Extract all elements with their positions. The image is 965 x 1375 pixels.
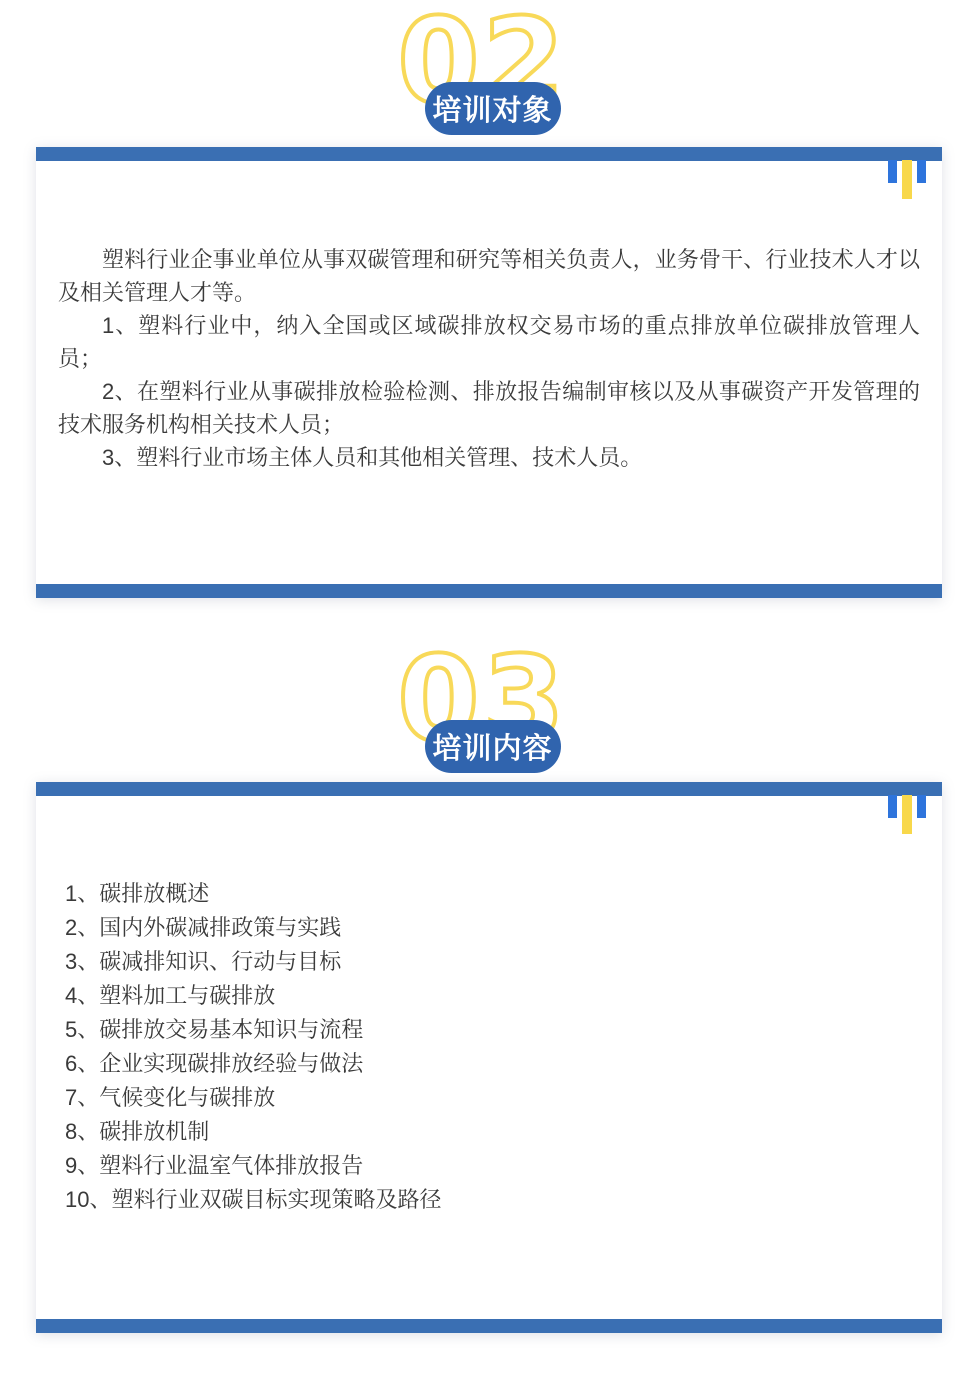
list-item: 1、碳排放概述: [65, 877, 915, 911]
accent-bar-blue: [888, 795, 897, 818]
list-item: 4、塑料加工与碳排放: [65, 979, 915, 1013]
list-item: 10、塑料行业双碳目标实现策略及路径: [65, 1183, 915, 1217]
card-body-paragraphs: 塑料行业企事业单位从事双碳管理和研究等相关负责人，业务骨干、行业技术人才以及相关…: [58, 243, 920, 474]
card-top-bar: [36, 147, 942, 161]
list-item: 3、碳减排知识、行动与目标: [65, 945, 915, 979]
paragraph-item-2: 2、在塑料行业从事碳排放检验检测、排放报告编制审核以及从事碳资产开发管理的技术服…: [58, 375, 920, 441]
list-item: 8、碳排放机制: [65, 1115, 915, 1149]
accent-bar-blue: [917, 795, 926, 818]
card-training-content: 1、碳排放概述 2、国内外碳减排政策与实践 3、碳减排知识、行动与目标 4、塑料…: [36, 782, 942, 1333]
paragraph-item-3: 3、塑料行业市场主体人员和其他相关管理、技术人员。: [58, 441, 920, 474]
section-title-pill: 培训内容: [425, 720, 561, 773]
accent-bar-yellow: [902, 160, 912, 199]
list-item: 9、塑料行业温室气体排放报告: [65, 1149, 915, 1183]
accent-bar-blue: [888, 160, 897, 183]
card-bottom-bar: [36, 584, 942, 598]
card-top-bar: [36, 782, 942, 796]
section-header-training-targets: 02 培训对象: [0, 20, 965, 140]
list-item: 7、气候变化与碳排放: [65, 1081, 915, 1115]
accent-bar-yellow: [902, 795, 912, 834]
section-title: 培训对象: [432, 88, 552, 129]
section-header-training-content: 03 培训内容: [0, 658, 965, 778]
section-title: 培训内容: [432, 726, 552, 767]
section-title-pill: 培训对象: [425, 82, 561, 135]
list-item: 5、碳排放交易基本知识与流程: [65, 1013, 915, 1047]
paragraph-item-1: 1、塑料行业中，纳入全国或区域碳排放权交易市场的重点排放单位碳排放管理人员；: [58, 309, 920, 375]
accent-bar-blue: [917, 160, 926, 183]
paragraph-intro: 塑料行业企事业单位从事双碳管理和研究等相关负责人，业务骨干、行业技术人才以及相关…: [58, 243, 920, 309]
card-body-list: 1、碳排放概述 2、国内外碳减排政策与实践 3、碳减排知识、行动与目标 4、塑料…: [65, 877, 915, 1217]
card-training-targets: 塑料行业企事业单位从事双碳管理和研究等相关负责人，业务骨干、行业技术人才以及相关…: [36, 147, 942, 598]
list-item: 2、国内外碳减排政策与实践: [65, 911, 915, 945]
list-item: 6、企业实现碳排放经验与做法: [65, 1047, 915, 1081]
accent-bars-decoration: [888, 795, 926, 834]
accent-bars-decoration: [888, 160, 926, 199]
card-bottom-bar: [36, 1319, 942, 1333]
